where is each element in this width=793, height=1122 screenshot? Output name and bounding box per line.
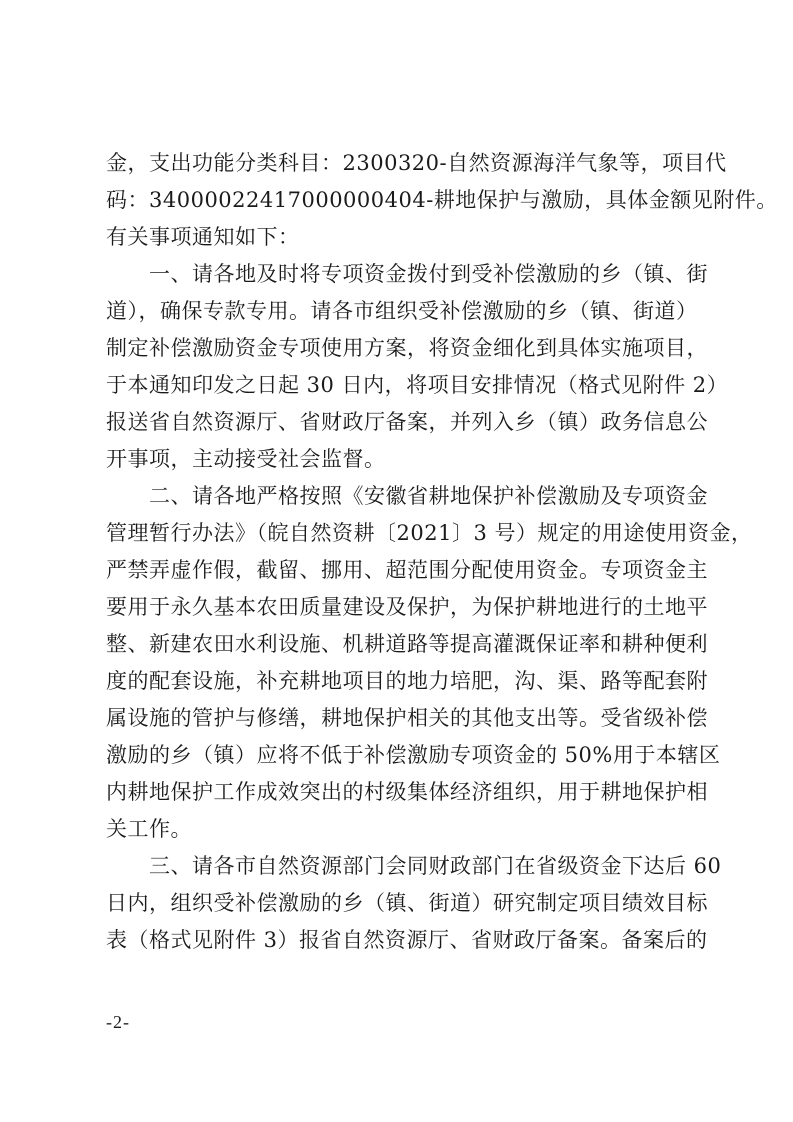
document-page: 金，支出功能分类科目：2300320-自然资源海洋气象等，项目代 码：34000… bbox=[0, 0, 793, 1122]
text-line: 报送省自然资源厅、省财政厅备案，并列入乡（镇）政务信息公 bbox=[106, 404, 692, 441]
text-line: 金，支出功能分类科目：2300320-自然资源海洋气象等，项目代 bbox=[106, 145, 692, 182]
text-line: 日内，组织受补偿激励的乡（镇、街道）研究制定项目绩效目标 bbox=[106, 885, 692, 922]
text-line: 内耕地保护工作成效突出的村级集体经济组织，用于耕地保护相 bbox=[106, 774, 692, 811]
document-body: 金，支出功能分类科目：2300320-自然资源海洋气象等，项目代 码：34000… bbox=[106, 145, 692, 959]
text-line: 表（格式见附件 3）报省自然资源厅、省财政厅备案。备案后的 bbox=[106, 922, 692, 959]
paragraph-2-start: 二、请各地严格按照《安徽省耕地保护补偿激励及专项资金 bbox=[106, 478, 692, 515]
text-line: 严禁弄虚作假，截留、挪用、超范围分配使用资金。专项资金主 bbox=[106, 552, 692, 589]
paragraph-1-start: 一、请各地及时将专项资金拨付到受补偿激励的乡（镇、街 bbox=[106, 256, 692, 293]
text-line: 度的配套设施，补充耕地项目的地力培肥，沟、渠、路等配套附 bbox=[106, 663, 692, 700]
text-line: 码：34000022417000000404-耕地保护与激励，具体金额见附件。 bbox=[106, 182, 692, 219]
text-line: 管理暂行办法》（皖自然资耕〔2021〕3 号）规定的用途使用资金， bbox=[106, 515, 692, 552]
text-line: 激励的乡（镇）应将不低于补偿激励专项资金的 50%用于本辖区 bbox=[106, 737, 692, 774]
text-line: 属设施的管护与修缮，耕地保护相关的其他支出等。受省级补偿 bbox=[106, 700, 692, 737]
paragraph-3-start: 三、请各市自然资源部门会同财政部门在省级资金下达后 60 bbox=[106, 848, 692, 885]
page-number: -2- bbox=[106, 1012, 130, 1033]
text-line: 要用于永久基本农田质量建设及保护，为保护耕地进行的土地平 bbox=[106, 589, 692, 626]
text-line: 关工作。 bbox=[106, 811, 692, 848]
text-line: 有关事项通知如下： bbox=[106, 219, 692, 256]
text-line: 道），确保专款专用。请各市组织受补偿激励的乡（镇、街道） bbox=[106, 293, 692, 330]
text-line: 制定补偿激励资金专项使用方案，将资金细化到具体实施项目， bbox=[106, 330, 692, 367]
text-line: 于本通知印发之日起 30 日内，将项目安排情况（格式见附件 2） bbox=[106, 367, 692, 404]
text-line: 开事项，主动接受社会监督。 bbox=[106, 441, 692, 478]
text-line: 整、新建农田水利设施、机耕道路等提高灌溉保证率和耕种便利 bbox=[106, 626, 692, 663]
